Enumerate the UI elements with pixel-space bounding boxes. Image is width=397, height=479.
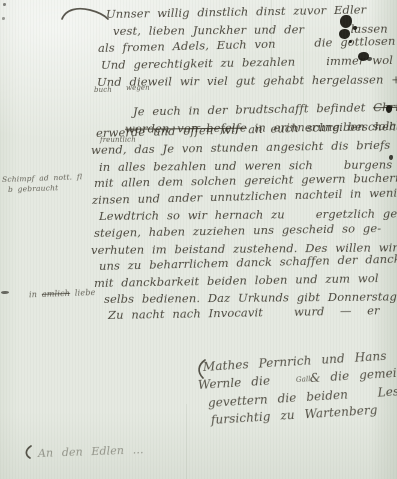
struck-text: amlich bbox=[42, 289, 71, 299]
manuscript-line: mit danckbarkeit beiden loben und zum wo… bbox=[94, 272, 379, 290]
manuscript-line: wend, das Je von stunden angesicht dis b… bbox=[91, 139, 391, 157]
manuscript-line: als fromen Adels, Euch von die gottlosen bbox=[98, 35, 396, 55]
margin-note: b gebraucht bbox=[8, 181, 59, 196]
manuscript-line: zinsen und ander unnutzlichen nachteil i… bbox=[92, 186, 397, 207]
paper-crease bbox=[186, 404, 187, 479]
manuscript-line: steigen, haben zuziehen uns gescheid so … bbox=[94, 222, 381, 240]
pen-flourish-address bbox=[23, 444, 33, 460]
paper-speck bbox=[1, 291, 9, 294]
address-line: An den Edlen … bbox=[38, 443, 144, 460]
manuscript-line: Und gerechtigkeit zu bezahlen immer wol bbox=[101, 54, 393, 72]
margin-note-text: in bbox=[29, 290, 42, 299]
paper-crease bbox=[271, 0, 272, 82]
pen-flourish-opening bbox=[60, 5, 110, 25]
paper-speck bbox=[3, 3, 6, 6]
manuscript-line: Zu nacht nach Invocavit wurd — er bbox=[108, 304, 380, 322]
manuscript-line: Unnser willig dinstlich dinst zuvor Edle… bbox=[106, 3, 366, 21]
manuscript-page: Unnser willig dinstlich dinst zuvor Edle… bbox=[0, 0, 397, 479]
paper-speck bbox=[2, 17, 5, 20]
paper-crease bbox=[303, 0, 304, 195]
ink-speck bbox=[389, 155, 393, 160]
margin-note-text: liebe bbox=[70, 288, 96, 298]
margin-note: in amlich liebe bbox=[9, 273, 96, 315]
